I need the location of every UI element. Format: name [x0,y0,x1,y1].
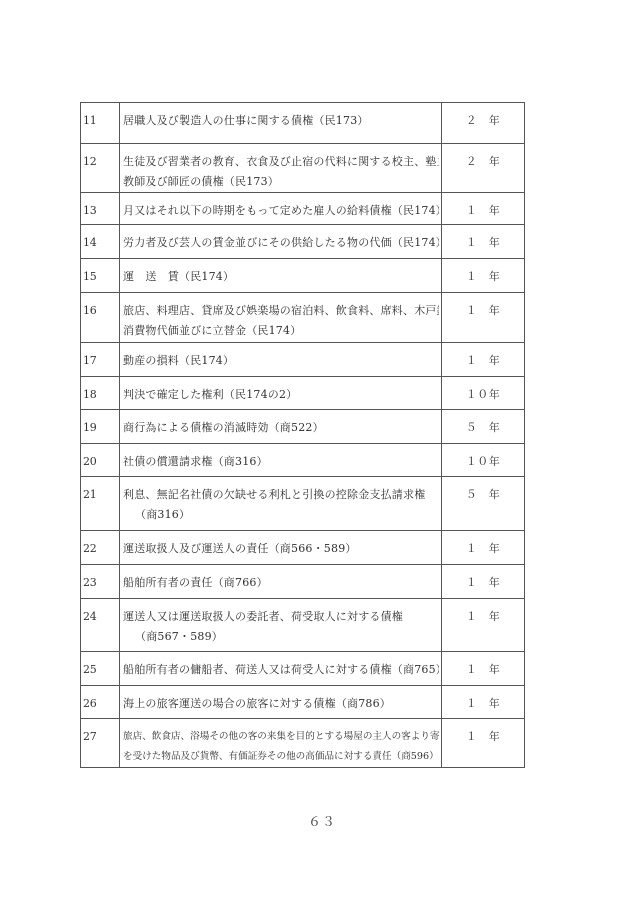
row-number: 20 [81,444,120,477]
table-row: 26海上の旅客運送の場合の旅客に対する債権（商786）１ 年 [81,686,525,719]
description-line: 海上の旅客運送の場合の旅客に対する債権（商786） [123,694,439,714]
table-row: 17動産の損料（民174）１ 年 [81,343,525,377]
prescription-period: １０年 [442,444,525,477]
claim-description: 動産の損料（民174） [120,343,442,377]
row-number: 13 [81,193,120,225]
table-row: 13月又はそれ以下の時期をもって定めた雇人の給料債権（民174）１ 年 [81,193,525,225]
claim-description: 労力者及び芸人の賃金並びにその供給したる物の代価（民174） [120,225,442,259]
description-line: 動産の損料（民174） [123,351,439,371]
prescription-period: １ 年 [442,343,525,377]
description-line: （商567・589） [123,627,439,647]
table-row: 18判決で確定した権利（民174の2）１０年 [81,377,525,410]
prescription-period: １ 年 [442,565,525,599]
description-line: （商316） [123,505,439,525]
description-line: 生徒及び習業者の教育、衣食及び止宿の代料に関する校主、塾主、 [123,152,439,172]
row-number: 24 [81,599,120,652]
row-number: 21 [81,477,120,531]
table-row: 22運送取扱人及び運送人の責任（商566・589）１ 年 [81,531,525,565]
table-row: 20社債の償還請求権（商316）１０年 [81,444,525,477]
document-page: 11居職人及び製造人の仕事に関する債権（民173）２ 年12生徒及び習業者の教育… [0,0,630,903]
prescription-period: １０年 [442,377,525,410]
prescription-period: ５ 年 [442,410,525,444]
prescription-period: １ 年 [442,193,525,225]
description-line: 居職人及び製造人の仕事に関する債権（民173） [123,111,439,131]
description-line: 商行為による債権の消滅時効（商522） [123,418,439,438]
claim-description: 社債の償還請求権（商316） [120,444,442,477]
description-line: 労力者及び芸人の賃金並びにその供給したる物の代価（民174） [123,233,439,253]
prescription-period: １ 年 [442,719,525,768]
claim-description: 判決で確定した権利（民174の2） [120,377,442,410]
row-number: 17 [81,343,120,377]
row-number: 11 [81,103,120,144]
row-number: 26 [81,686,120,719]
claim-description: 海上の旅客運送の場合の旅客に対する債権（商786） [120,686,442,719]
description-line: 月又はそれ以下の時期をもって定めた雇人の給料債権（民174） [123,201,439,221]
description-line: 社債の償還請求権（商316） [123,452,439,472]
prescription-period: １ 年 [442,531,525,565]
table-row: 12生徒及び習業者の教育、衣食及び止宿の代料に関する校主、塾主、教師及び師匠の債… [81,144,525,193]
row-number: 14 [81,225,120,259]
table-row: 23船舶所有者の責任（商766）１ 年 [81,565,525,599]
description-line: 旅店、飲食店、浴場その他の客の来集を目的とする場屋の主人の客より寄託 [123,727,439,747]
prescription-period: １ 年 [442,293,525,343]
row-number: 18 [81,377,120,410]
description-line: 教師及び師匠の債権（民173） [123,172,439,192]
row-number: 25 [81,652,120,686]
claim-description: 船舶所有者の傭船者、荷送人又は荷受人に対する債権（商765） [120,652,442,686]
table-row: 21利息、無記名社債の欠缺せる利札と引換の控除金支払請求権（商316）５ 年 [81,477,525,531]
table-row: 16旅店、料理店、貸席及び娯楽場の宿泊料、飲食料、席料、木戸銭。消費物代価並びに… [81,293,525,343]
table-row: 25船舶所有者の傭船者、荷送人又は荷受人に対する債権（商765）１ 年 [81,652,525,686]
claim-description: 月又はそれ以下の時期をもって定めた雇人の給料債権（民174） [120,193,442,225]
table-body: 11居職人及び製造人の仕事に関する債権（民173）２ 年12生徒及び習業者の教育… [81,103,525,768]
claim-description: 商行為による債権の消滅時効（商522） [120,410,442,444]
claim-description: 運送取扱人及び運送人の責任（商566・589） [120,531,442,565]
description-line: 運送人又は運送取扱人の委託者、荷受取人に対する債権 [123,607,439,627]
claim-description: 船舶所有者の責任（商766） [120,565,442,599]
claim-description: 生徒及び習業者の教育、衣食及び止宿の代料に関する校主、塾主、教師及び師匠の債権（… [120,144,442,193]
table-row: 11居職人及び製造人の仕事に関する債権（民173）２ 年 [81,103,525,144]
description-line: 船舶所有者の責任（商766） [123,573,439,593]
prescription-period-table: 11居職人及び製造人の仕事に関する債権（民173）２ 年12生徒及び習業者の教育… [80,102,525,768]
prescription-period: １ 年 [442,652,525,686]
row-number: 23 [81,565,120,599]
row-number: 22 [81,531,120,565]
table-row: 27旅店、飲食店、浴場その他の客の来集を目的とする場屋の主人の客より寄託を受けた… [81,719,525,768]
claim-description: 利息、無記名社債の欠缺せる利札と引換の控除金支払請求権（商316） [120,477,442,531]
prescription-period: １ 年 [442,225,525,259]
description-line: 利息、無記名社債の欠缺せる利札と引換の控除金支払請求権 [123,485,439,505]
prescription-period: １ 年 [442,259,525,293]
description-line: 判決で確定した権利（民174の2） [123,385,439,405]
prescription-period: ２ 年 [442,103,525,144]
row-number: 15 [81,259,120,293]
description-line: 消費物代価並びに立替金（民174） [123,321,439,341]
description-line: 旅店、料理店、貸席及び娯楽場の宿泊料、飲食料、席料、木戸銭。 [123,301,439,321]
row-number: 16 [81,293,120,343]
claim-description: 運 送 賃（民174） [120,259,442,293]
prescription-period: ２ 年 [442,144,525,193]
table-row: 15運 送 賃（民174）１ 年 [81,259,525,293]
row-number: 19 [81,410,120,444]
row-number: 12 [81,144,120,193]
description-line: 運送取扱人及び運送人の責任（商566・589） [123,539,439,559]
prescription-period: ５ 年 [442,477,525,531]
prescription-period: １ 年 [442,686,525,719]
page-number: ６３ [0,811,630,830]
table-row: 14労力者及び芸人の賃金並びにその供給したる物の代価（民174）１ 年 [81,225,525,259]
claim-description: 旅店、料理店、貸席及び娯楽場の宿泊料、飲食料、席料、木戸銭。消費物代価並びに立替… [120,293,442,343]
description-line: 運 送 賃（民174） [123,267,439,287]
table-row: 19商行為による債権の消滅時効（商522）５ 年 [81,410,525,444]
prescription-period: １ 年 [442,599,525,652]
claim-description: 居職人及び製造人の仕事に関する債権（民173） [120,103,442,144]
claim-description: 運送人又は運送取扱人の委託者、荷受取人に対する債権（商567・589） [120,599,442,652]
description-line: 船舶所有者の傭船者、荷送人又は荷受人に対する債権（商765） [123,660,439,680]
row-number: 27 [81,719,120,768]
description-line: を受けた物品及び貨幣、有価証券その他の高価品に対する責任（商596） [123,747,439,767]
claim-description: 旅店、飲食店、浴場その他の客の来集を目的とする場屋の主人の客より寄託を受けた物品… [120,719,442,768]
table-row: 24運送人又は運送取扱人の委託者、荷受取人に対する債権（商567・589）１ 年 [81,599,525,652]
